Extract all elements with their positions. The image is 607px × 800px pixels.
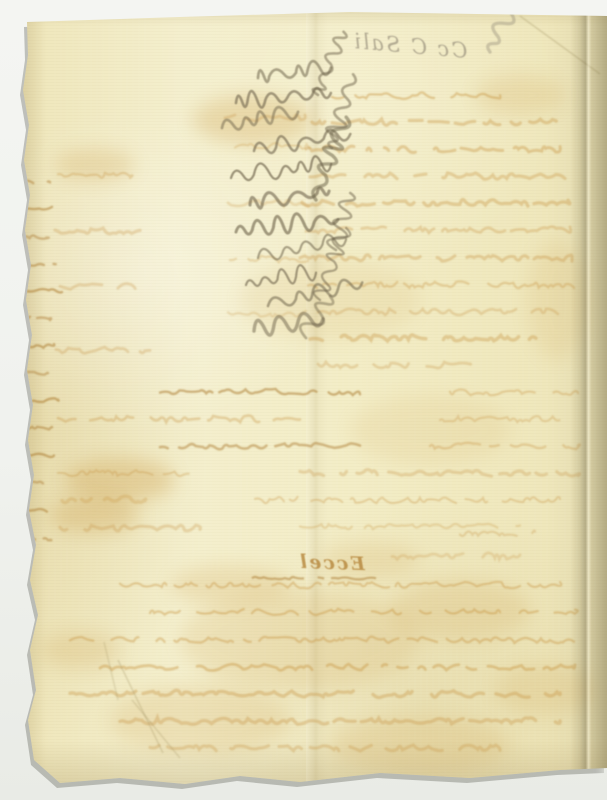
scanned-letter-page: Cc C Sali Eccel xyxy=(0,0,607,800)
right-fold-crease xyxy=(570,0,607,800)
paper-sheet: Cc C Sali Eccel xyxy=(0,0,607,800)
left-margin-marks xyxy=(24,181,62,541)
bleedthrough-script-svg xyxy=(0,0,607,800)
